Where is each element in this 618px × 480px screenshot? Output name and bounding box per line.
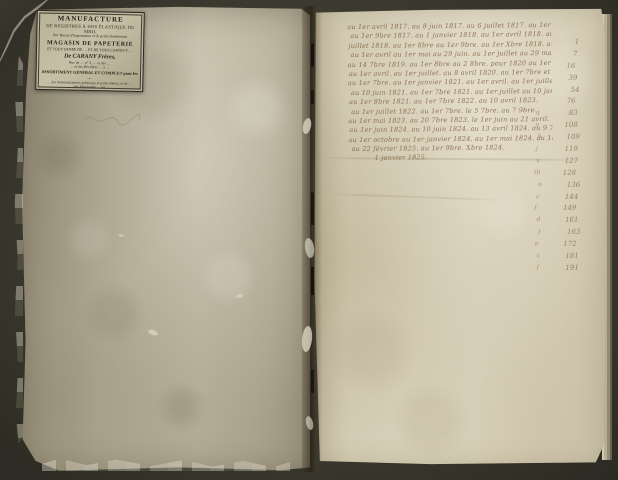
handwriting-line: 1 janvier 1825. [375,152,553,163]
index-row: c 144 [536,192,578,204]
frayed-left-edge [14,56,23,444]
folio-index-column: 1 7 16 39 54 76 q 83 y 108 h 109 j 119 [535,38,579,276]
folio-mark: f [534,205,550,212]
folio-mark: d [536,216,552,223]
folio-page-number: 136 [554,181,580,189]
label-brevet-line: Par Brevet d'importation et de perfectio… [41,33,139,39]
folio-page-number: 172 [551,240,577,248]
index-row: q 83 [536,109,578,121]
folio-mark: c [537,252,553,259]
folio-page-number: 39 [551,74,577,82]
folio-mark: j [538,228,554,235]
handwriting-block: au 1er avril 1817. au 8 juin 1817. au 6 … [347,21,552,164]
index-row: x 127 [536,157,578,169]
book-scan: MANUFACTURE DE REGISTRES À DOS ÉLASTIQUE… [0,0,618,480]
folio-mark: th [534,169,550,176]
folio-page-number: 1 [553,38,579,46]
folio-mark: f [537,264,553,271]
index-row: j 163 [538,228,580,240]
pencil-scribble [80,108,142,130]
folio-page-number: 119 [552,145,578,153]
index-row: y 108 [536,121,578,133]
folio-page-number: 149 [550,204,576,212]
folio-mark: h [538,133,554,140]
folio-mark: c [536,193,552,200]
folio-page-number: 191 [553,264,579,272]
folio-mark: o [535,240,551,247]
folio-page-number: 54 [554,85,580,93]
binding-stitching [311,6,314,472]
folio-page-number: 16 [549,62,575,70]
index-row: h 109 [538,133,580,145]
folio-mark: x [536,157,552,164]
index-row: d 161 [536,216,578,228]
index-row: f 149 [534,204,576,216]
folio-mark: y [536,121,552,128]
folio-page-number: 109 [554,133,580,141]
folio-page-number: 127 [552,157,578,165]
index-row: o 136 [538,181,580,193]
folio-mark: q [536,109,552,116]
index-row: 76 [534,97,576,109]
folio-mark: o [538,181,554,188]
index-row: 39 [535,74,577,86]
folio-page-number: 128 [550,169,576,177]
folio-mark: j [536,145,552,152]
index-row: th 128 [534,169,576,181]
folio-page-number: 83 [552,109,578,117]
index-row: o 172 [535,240,577,252]
manufacturer-label: MANUFACTURE DE REGISTRES À DOS ÉLASTIQUE… [35,10,145,92]
folio-page-number: 181 [553,252,579,260]
folio-page-number: 161 [552,216,578,224]
index-row: c 181 [537,252,579,264]
index-row: j 119 [536,145,578,157]
index-row: 1 [537,38,579,50]
index-row: 54 [538,85,580,97]
folio-page-number: 76 [550,97,576,105]
folio-page-number: 108 [552,121,578,129]
folio-page-number: 163 [554,228,580,236]
index-row: 16 [533,62,575,74]
folio-page-number: 144 [552,192,578,200]
index-row: 7 [535,50,577,62]
folio-page-number: 7 [551,50,577,58]
index-row: f 191 [537,264,579,276]
